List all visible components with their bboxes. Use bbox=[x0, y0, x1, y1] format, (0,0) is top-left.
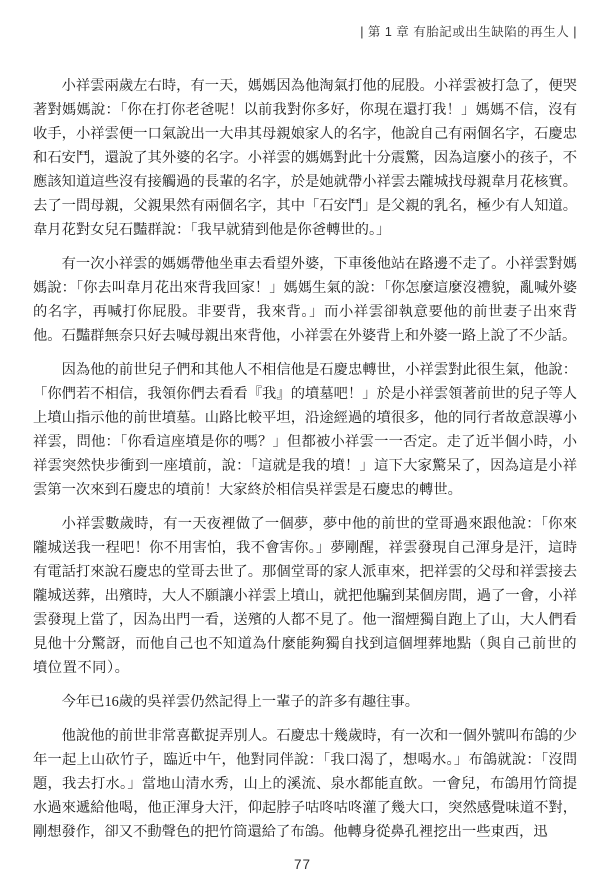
text-segment: 小祥雲數歲時，有一天夜裡做了一個夢，夢中他的前世的堂哥過來跟他說：「你來隴城送我… bbox=[33, 516, 577, 652]
book-page: | 第 1 章 有胎記或出生缺陷的再生人 | 小祥雲兩歲左右時，有一天，媽媽因為… bbox=[0, 0, 605, 896]
text-segment: 他說他的前世非常喜歡捉弄別人。石慶忠十幾歲時，有一次和一個外號叫布鴿的少年一起上… bbox=[33, 728, 577, 840]
paragraph: 小祥雲數歲時，有一天夜裡做了一個夢，夢中他的前世的堂哥過來跟他說：「你來隴城送我… bbox=[33, 512, 577, 680]
text-segment: 有一次小祥雲的媽媽帶他坐車去看望外婆，下車後他站在路邊不走了。小祥雲對媽媽說：「… bbox=[33, 256, 577, 344]
paragraph: 他說他的前世非常喜歡捉弄別人。石慶忠十幾歲時，有一次和一個外號叫布鴿的少年一起上… bbox=[33, 724, 577, 844]
paragraph: 有一次小祥雲的媽媽帶他坐車去看望外婆，下車後他站在路邊不走了。小祥雲對媽媽說：「… bbox=[33, 252, 577, 348]
paragraph: 因為他的前世兒子們和其他人不相信他是石慶忠轉世，小祥雲對此很生氣，他說：「你們若… bbox=[33, 358, 577, 502]
text-segment: 。 bbox=[115, 660, 129, 676]
paragraph: 小祥雲兩歲左右時，有一天，媽媽因為他淘氣打他的屁股。小祥雲被打急了，便哭著對媽媽… bbox=[33, 74, 577, 242]
text-segment: 因為他的前世兒子們和其他人不相信他是石慶忠轉世，小祥雲對此很生氣，他說：「你們若… bbox=[33, 362, 577, 498]
text-segment: 小祥雲兩歲左右時，有一天，媽媽因為他淘氣打他的屁股。小祥雲被打急了，便哭著對媽媽… bbox=[33, 78, 577, 238]
body-text: 小祥雲兩歲左右時，有一天，媽媽因為他淘氣打他的屁股。小祥雲被打急了，便哭著對媽媽… bbox=[33, 74, 577, 854]
page-number: 77 bbox=[0, 857, 605, 872]
text-segment: 今年已16歲的吳祥雲仍然記得上一輩子的許多有趣往事。 bbox=[62, 694, 419, 710]
chapter-header: | 第 1 章 有胎記或出生缺陷的再生人 | bbox=[360, 22, 577, 40]
paragraph: 今年已16歲的吳祥雲仍然記得上一輩子的許多有趣往事。 bbox=[33, 690, 577, 714]
